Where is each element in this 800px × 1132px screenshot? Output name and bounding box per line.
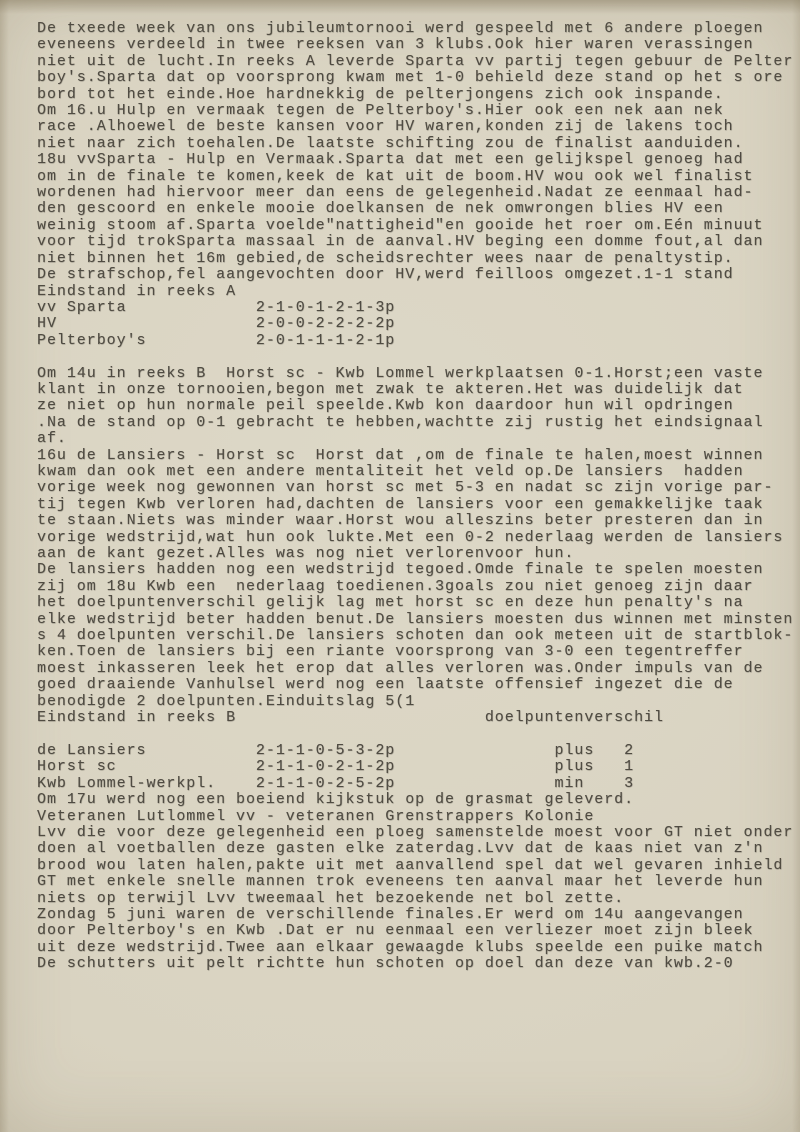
typewritten-text: De txeede week van ons jubileumtornooi w… xyxy=(37,21,793,973)
page-top-scan-shadow xyxy=(0,0,800,14)
page-left-scan-shadow xyxy=(0,0,9,1132)
scanned-document-page: De txeede week van ons jubileumtornooi w… xyxy=(0,0,800,1132)
